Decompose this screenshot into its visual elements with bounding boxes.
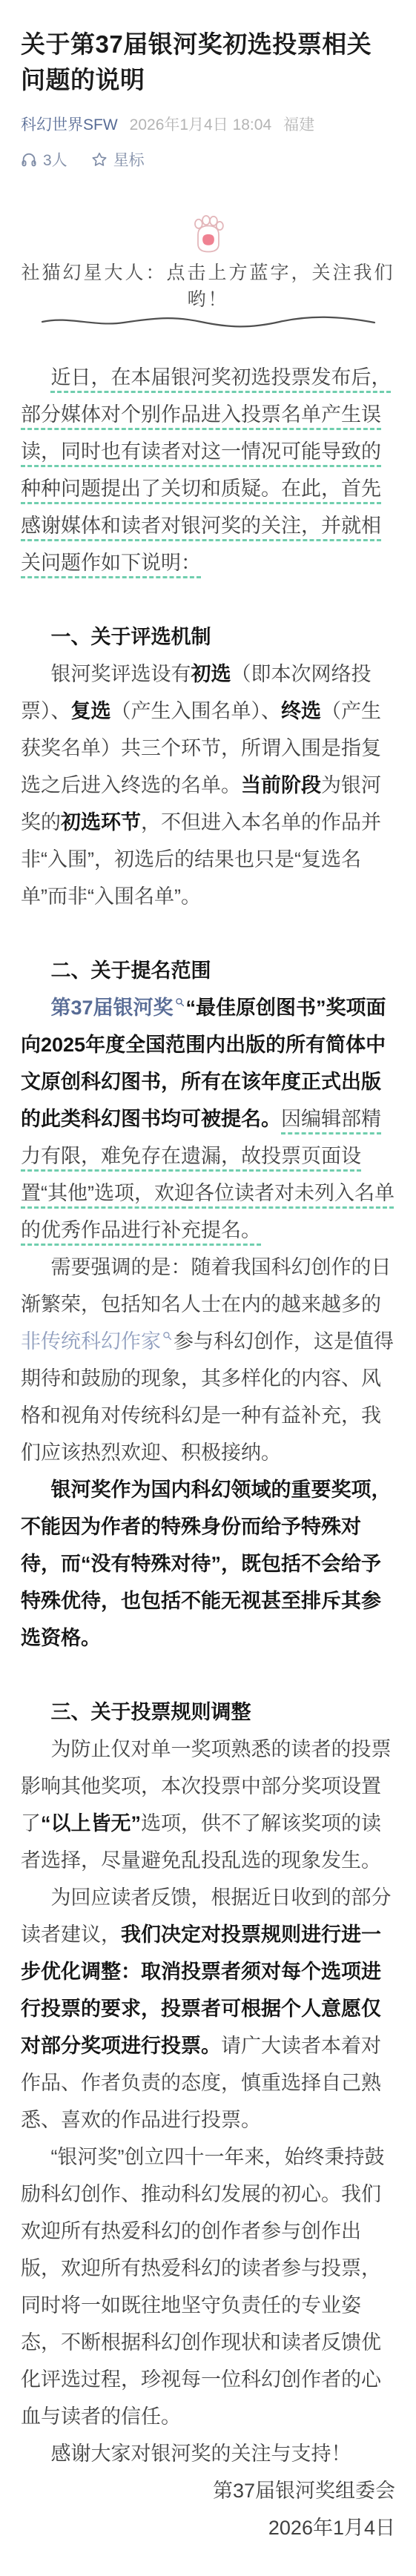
text-run: 银河奖评选设有 xyxy=(51,663,191,685)
section-heading: 三、关于投票规则调整 xyxy=(21,1694,395,1731)
text-run: 近日，在本届银河奖初选投票发布后，部分媒体对个别作品进入投票名单产生误读，同时也… xyxy=(21,366,392,574)
paragraph: 银河奖作为国内科幻领域的重要奖项，不能因为作者的特殊身份而给予特殊对待，而“没有… xyxy=(21,1471,395,1657)
paragraph: 为回应读者反馈，根据近日收到的部分读者建议，我们决定对投票规则进行进一步优化调整… xyxy=(21,1879,395,2139)
text-run: 三、关于投票规则调整 xyxy=(51,1701,251,1723)
paragraph: 感谢大家对银河奖的关注与支持！ xyxy=(21,2435,395,2472)
search-icon xyxy=(175,998,185,1009)
star-label: 星标 xyxy=(113,148,145,171)
text-run: 终选 xyxy=(281,700,321,722)
search-icon xyxy=(162,1332,172,1343)
article-submeta-row: 3人 星标 xyxy=(21,148,395,171)
listen-count: 3人 xyxy=(43,148,67,171)
author-link[interactable]: 科幻世界SFW xyxy=(21,113,118,135)
star-icon xyxy=(91,151,108,168)
publish-datetime: 2026年1月4日 18:04 xyxy=(130,113,271,135)
section-heading: 一、关于评选机制 xyxy=(21,618,395,655)
paragraph: 第37届银河奖“最佳原创图书”奖项面向2025年度全国范围内出版的所有简体中文原… xyxy=(21,989,395,1249)
paragraph: 为防止仅对单一奖项熟悉的读者的投票影响其他奖项，本次投票中部分奖项设置了“以上皆… xyxy=(21,1731,395,1879)
follow-banner: 社猫幻星大人：点击上方蓝字，关注我们哟！ xyxy=(21,212,395,329)
paragraph: 近日，在本届银河奖初选投票发布后，部分媒体对个别作品进入投票名单产生误读，同时也… xyxy=(21,359,395,581)
topic-link[interactable]: 第37届银河奖 xyxy=(51,997,186,1019)
article-meta-row: 科幻世界SFW 2026年1月4日 18:04 福建 xyxy=(21,113,395,135)
text-run: 初选 xyxy=(191,663,231,685)
text-run: 第37届银河奖组委会 xyxy=(213,2480,395,2502)
headphones-icon xyxy=(21,151,37,168)
text-run: 2026年1月4日 xyxy=(268,2517,395,2539)
publish-location: 福建 xyxy=(283,113,314,135)
star-button[interactable]: 星标 xyxy=(91,148,145,171)
text-run: 当前阶段 xyxy=(241,774,321,796)
text-run: 一、关于评选机制 xyxy=(51,626,211,648)
paragraph: 第37届银河奖组委会 xyxy=(21,2472,395,2509)
text-run: 需要强调的是：随着我国科幻创作的日渐繁荣，包括知名人士在内的越来越多的 xyxy=(21,1256,392,1315)
text-run: 银河奖作为国内科幻领域的重要奖项，不能因为作者的特殊身份而给予特殊对待，而“没有… xyxy=(21,1479,392,1649)
article-body: 近日，在本届银河奖初选投票发布后，部分媒体对个别作品进入投票名单产生误读，同时也… xyxy=(21,359,395,2546)
paragraph: 需要强调的是：随着我国科幻创作的日渐繁荣，包括知名人士在内的越来越多的非传统科幻… xyxy=(21,1249,395,1471)
text-run: （产生入围名单）、 xyxy=(111,700,282,722)
text-run: 复选 xyxy=(71,700,111,722)
paragraph: 2026年1月4日 xyxy=(21,2509,395,2546)
article-page: 关于第37届银河奖初选投票相关问题的说明 科幻世界SFW 2026年1月4日 1… xyxy=(0,0,416,2576)
text-run: “银河奖”创立四十一年来，始终秉持鼓励科幻创作、推动科幻发展的初心。我们欢迎所有… xyxy=(21,2146,384,2428)
text-run: 初选环节 xyxy=(61,811,141,833)
text-run: 感谢大家对银河奖的关注与支持！ xyxy=(51,2443,351,2465)
wavy-underline xyxy=(41,314,376,329)
topic-link[interactable]: 非传统科幻作家 xyxy=(21,1330,174,1353)
article-title: 关于第37届银河奖初选投票相关问题的说明 xyxy=(21,27,395,98)
banner-text: 社猫幻星大人：点击上方蓝字，关注我们哟！ xyxy=(21,258,395,311)
text-run: 二、关于提名范围 xyxy=(51,960,211,982)
paragraph: 银河奖评选设有初选（即本次网络投票）、复选（产生入围名单）、终选（产生获奖名单）… xyxy=(21,655,395,915)
cat-paw-icon xyxy=(188,212,229,255)
section-heading: 二、关于提名范围 xyxy=(21,952,395,989)
listen-button[interactable]: 3人 xyxy=(21,148,67,171)
paragraph: “银河奖”创立四十一年来，始终秉持鼓励科幻创作、推动科幻发展的初心。我们欢迎所有… xyxy=(21,2139,395,2435)
text-run: “以上皆无” xyxy=(41,1812,141,1834)
